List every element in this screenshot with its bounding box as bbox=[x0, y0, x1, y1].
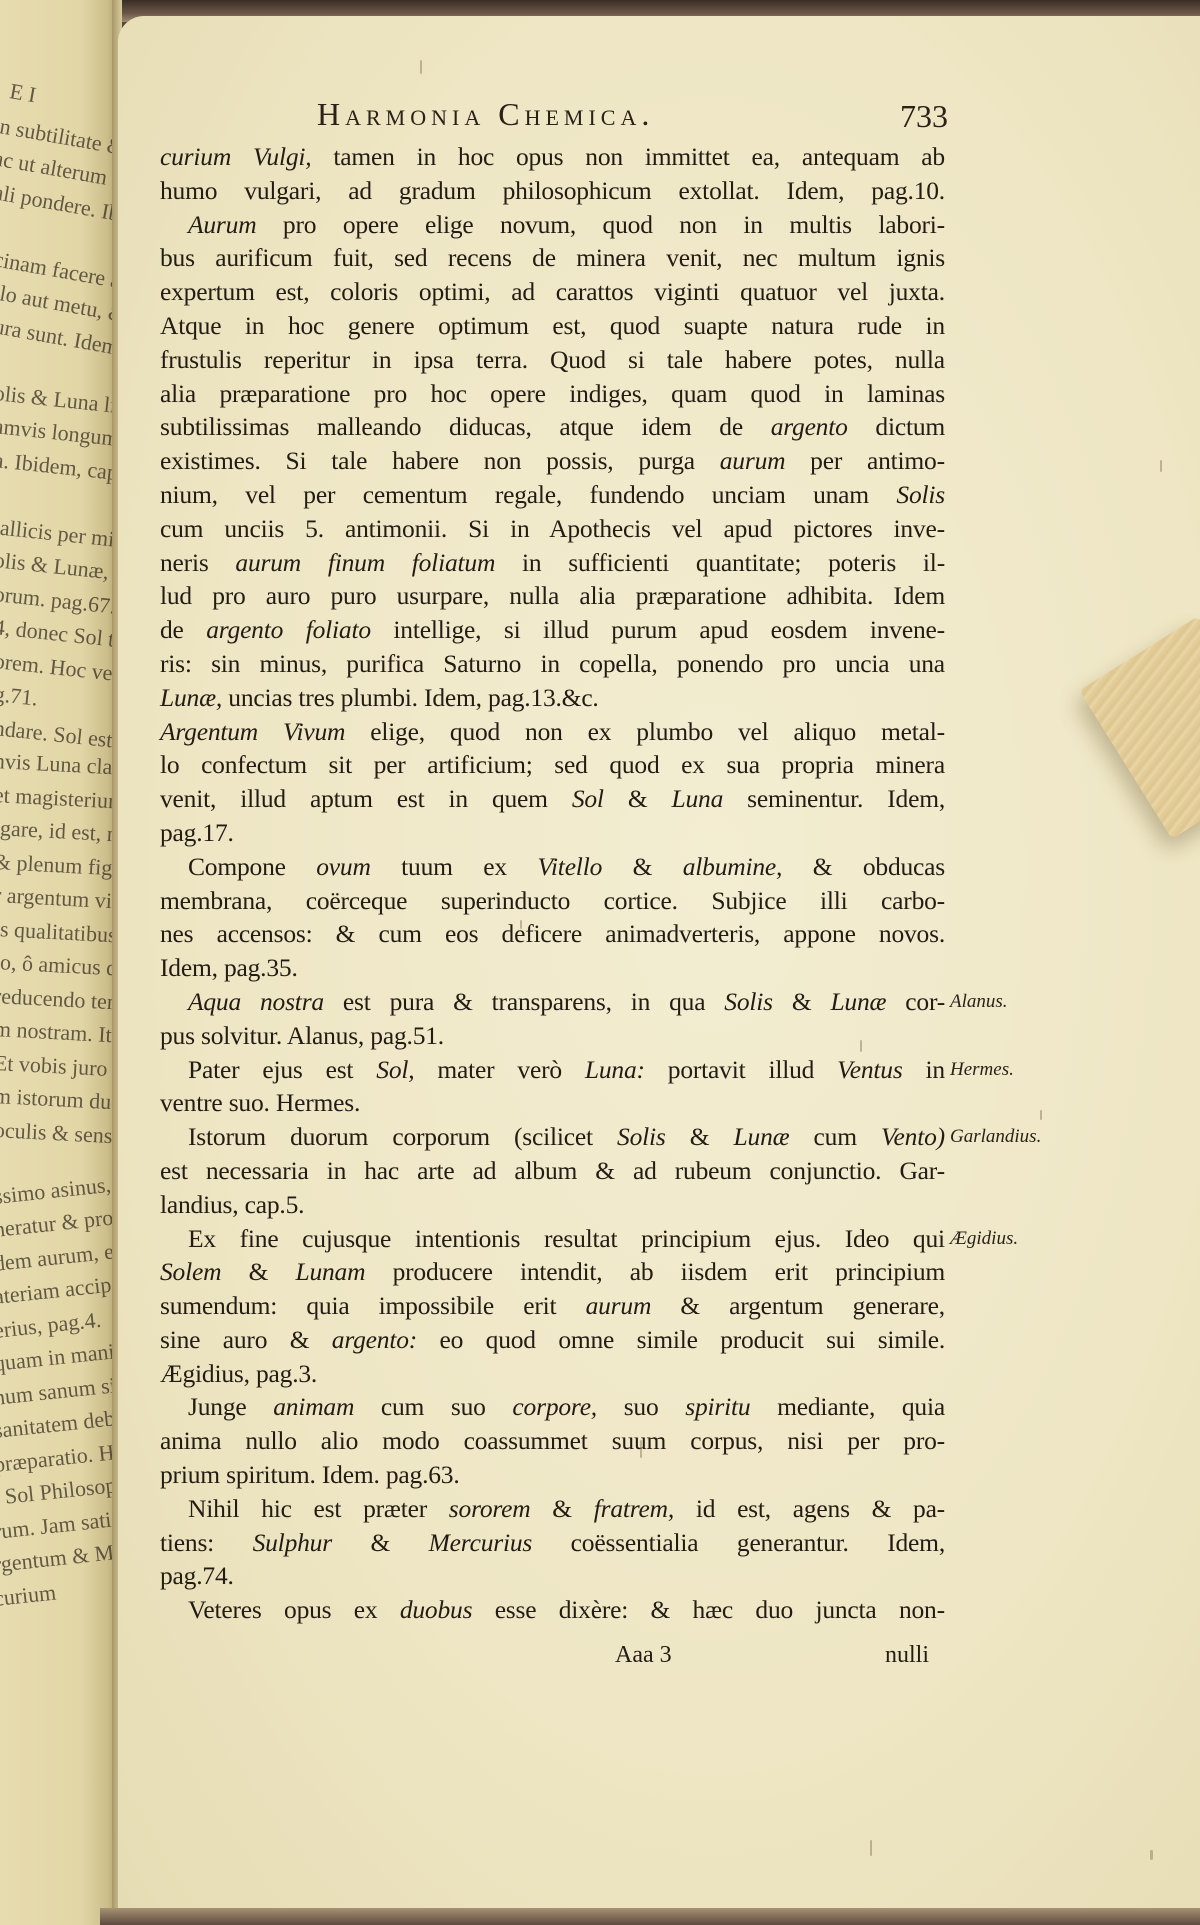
text-line: Argentum Vivum elige, quod non ex plumbo… bbox=[160, 715, 945, 749]
text-line: nes accensos: & cum eos deficere animadv… bbox=[160, 917, 945, 951]
left-page-text-fragment: E I bbox=[8, 78, 38, 108]
left-page-text-fragment: orem. Hoc verò bbox=[0, 648, 116, 688]
left-page-text-fragment: & plenum figuræ bbox=[0, 849, 116, 883]
text-line: Pater ejus est Sol, mater verò Luna: por… bbox=[160, 1053, 945, 1087]
left-page-text-fragment: rgentum & Mer- bbox=[0, 1537, 116, 1578]
text-line: existimes. Si tale habere non possis, pu… bbox=[160, 444, 945, 478]
left-page-text-fragment: ssimo asinus, ex ovo bbox=[0, 1165, 116, 1210]
text-line: Solem & Lunam producere intendit, ab iis… bbox=[160, 1255, 945, 1289]
left-page-text-fragment: oculis & sensi. Idem, bbox=[0, 1117, 116, 1153]
left-page-text-fragment: m nostram. Item, bbox=[0, 1016, 116, 1050]
left-page-text-fragment: reducendo tempe- bbox=[0, 983, 116, 1017]
left-page-text-fragment: is qualitatibus acc- bbox=[0, 916, 116, 951]
text-line: pus solvitur. Alanus, pag.51. bbox=[160, 1019, 945, 1053]
left-page-text-fragment: lo, ô amicus quod bbox=[0, 949, 116, 983]
left-page-text-fragment: curium bbox=[0, 1579, 57, 1611]
left-page-text-fragment: lgare, id est, non ve- bbox=[0, 815, 116, 850]
left-page-text-fragment: Et vobis juro & pro- bbox=[0, 1050, 116, 1085]
text-line: pag.17. bbox=[160, 816, 945, 850]
paper-fiber bbox=[1160, 460, 1162, 472]
text-line: est necessaria in hac arte ad album & ad… bbox=[160, 1154, 945, 1188]
text-line: subtilissimas malleando diducas, atque i… bbox=[160, 410, 945, 444]
left-page-text-fragment: orum. pag.67. bbox=[0, 581, 116, 620]
text-line: ventre suo. Hermes. bbox=[160, 1086, 945, 1120]
text-line: prium spiritum. Idem. pag.63. bbox=[160, 1458, 945, 1492]
text-line: Istorum duorum corporum (scilicet Solis … bbox=[160, 1120, 945, 1154]
margin-note: Garlandius. bbox=[950, 1126, 1041, 1148]
text-line: sumendum: quia impossibile erit aurum & … bbox=[160, 1289, 945, 1323]
catchword: nulli bbox=[885, 1642, 929, 1669]
paper-fiber bbox=[870, 1840, 872, 1856]
text-line: Nihil hic est præter sororem & fratrem, … bbox=[160, 1492, 945, 1526]
text-line: neris aurum finum foliatum in sufficient… bbox=[160, 546, 945, 580]
left-page-text-fragment: nvis Luna clarissima bbox=[0, 748, 116, 783]
paper-fiber bbox=[420, 60, 422, 74]
text-line: ris: sin minus, purifica Saturno in cope… bbox=[160, 647, 945, 681]
text-line: de argento foliato intellige, si illud p… bbox=[160, 613, 945, 647]
left-page: E Iin subtilitate & cac ut alterum cuali… bbox=[0, 0, 116, 1925]
text-line: bus aurificum fuit, sed recens de minera… bbox=[160, 241, 945, 275]
text-line: Ægidius, pag.3. bbox=[160, 1357, 945, 1391]
text-line: Junge animam cum suo corpore, suo spirit… bbox=[160, 1390, 945, 1424]
text-line: expertum est, coloris optimi, ad caratto… bbox=[160, 275, 945, 309]
text-line: Ex fine cujusque intentionis resultat pr… bbox=[160, 1222, 945, 1256]
text-line: membrana, coërceque superinducto cortice… bbox=[160, 884, 945, 918]
text-line: landius, cap.5. bbox=[160, 1188, 945, 1222]
text-line: Idem, pag.35. bbox=[160, 951, 945, 985]
text-line: pag.74. bbox=[160, 1559, 945, 1593]
text-line: alia præparatione pro hoc opere indiges,… bbox=[160, 377, 945, 411]
text-line: cum unciis 5. antimonii. Si in Apothecis… bbox=[160, 512, 945, 546]
running-head: Harmonia Chemica. bbox=[317, 96, 654, 133]
paper-fiber bbox=[640, 1440, 642, 1458]
body-text: curium Vulgi, tamen in hoc opus non immi… bbox=[160, 140, 945, 1627]
left-page-text-fragment: m istorum duorum, bbox=[0, 1083, 116, 1118]
text-line: lud pro auro puro usurpare, nulla alia p… bbox=[160, 579, 945, 613]
left-page-text-fragment: r argentum vivum f- bbox=[0, 882, 116, 917]
left-page-text-fragment: præparatio. Hoc bbox=[0, 1437, 116, 1478]
text-line: curium Vulgi, tamen in hoc opus non immi… bbox=[160, 140, 945, 174]
paper-fiber bbox=[520, 920, 522, 929]
text-line: Compone ovum tuum ex Vitello & albumine,… bbox=[160, 850, 945, 884]
text-line: anima nullo alio modo coassummet suum co… bbox=[160, 1424, 945, 1458]
text-line: Aqua nostra est pura & transparens, in q… bbox=[160, 985, 945, 1019]
left-page-text-fragment: dem aurum, ex a- bbox=[0, 1234, 116, 1276]
left-page-text-fragment: a. Ibidem, capite bbox=[0, 447, 116, 488]
text-line: frustulis reperitur in ipsa terra. Quod … bbox=[160, 343, 945, 377]
paper-fiber bbox=[1150, 1850, 1153, 1860]
margin-note: Hermes. bbox=[950, 1059, 1014, 1081]
text-line: Lunæ, uncias tres plumbi. Idem, pag.13.&… bbox=[160, 681, 945, 715]
margin-note: Ægidius. bbox=[950, 1228, 1018, 1250]
text-line: humo vulgari, ad gradum philosophicum ex… bbox=[160, 174, 945, 208]
left-page-text-fragment: et magisterium. R bbox=[0, 782, 116, 816]
book-bottom-edge bbox=[100, 1908, 1200, 1925]
text-line: nium, vel per cementum regale, fundendo … bbox=[160, 478, 945, 512]
left-page-text-fragment: g.71. bbox=[0, 681, 39, 711]
text-line: venit, illud aptum est in quem Sol & Lun… bbox=[160, 782, 945, 816]
text-line: Veteres opus ex duobus esse dixère: & hæ… bbox=[160, 1593, 945, 1627]
page-number: 733 bbox=[900, 98, 948, 135]
text-line: sine auro & argento: eo quod omne simile… bbox=[160, 1323, 945, 1357]
paper-fiber bbox=[860, 1040, 862, 1052]
signature-mark: Aaa 3 bbox=[615, 1642, 672, 1669]
text-line: Atque in hoc genere optimum est, quod su… bbox=[160, 309, 945, 343]
left-page-text-fragment: erius, pag.4. bbox=[0, 1306, 102, 1343]
text-line: Aurum pro opere elige novum, quod non in… bbox=[160, 208, 945, 242]
margin-note: Alanus. bbox=[950, 991, 1008, 1013]
paper-fiber bbox=[1040, 1110, 1042, 1120]
text-line: lo confectum sit per artificium; sed quo… bbox=[160, 748, 945, 782]
text-line: tiens: Sulphur & Mercurius coëssentialia… bbox=[160, 1526, 945, 1560]
